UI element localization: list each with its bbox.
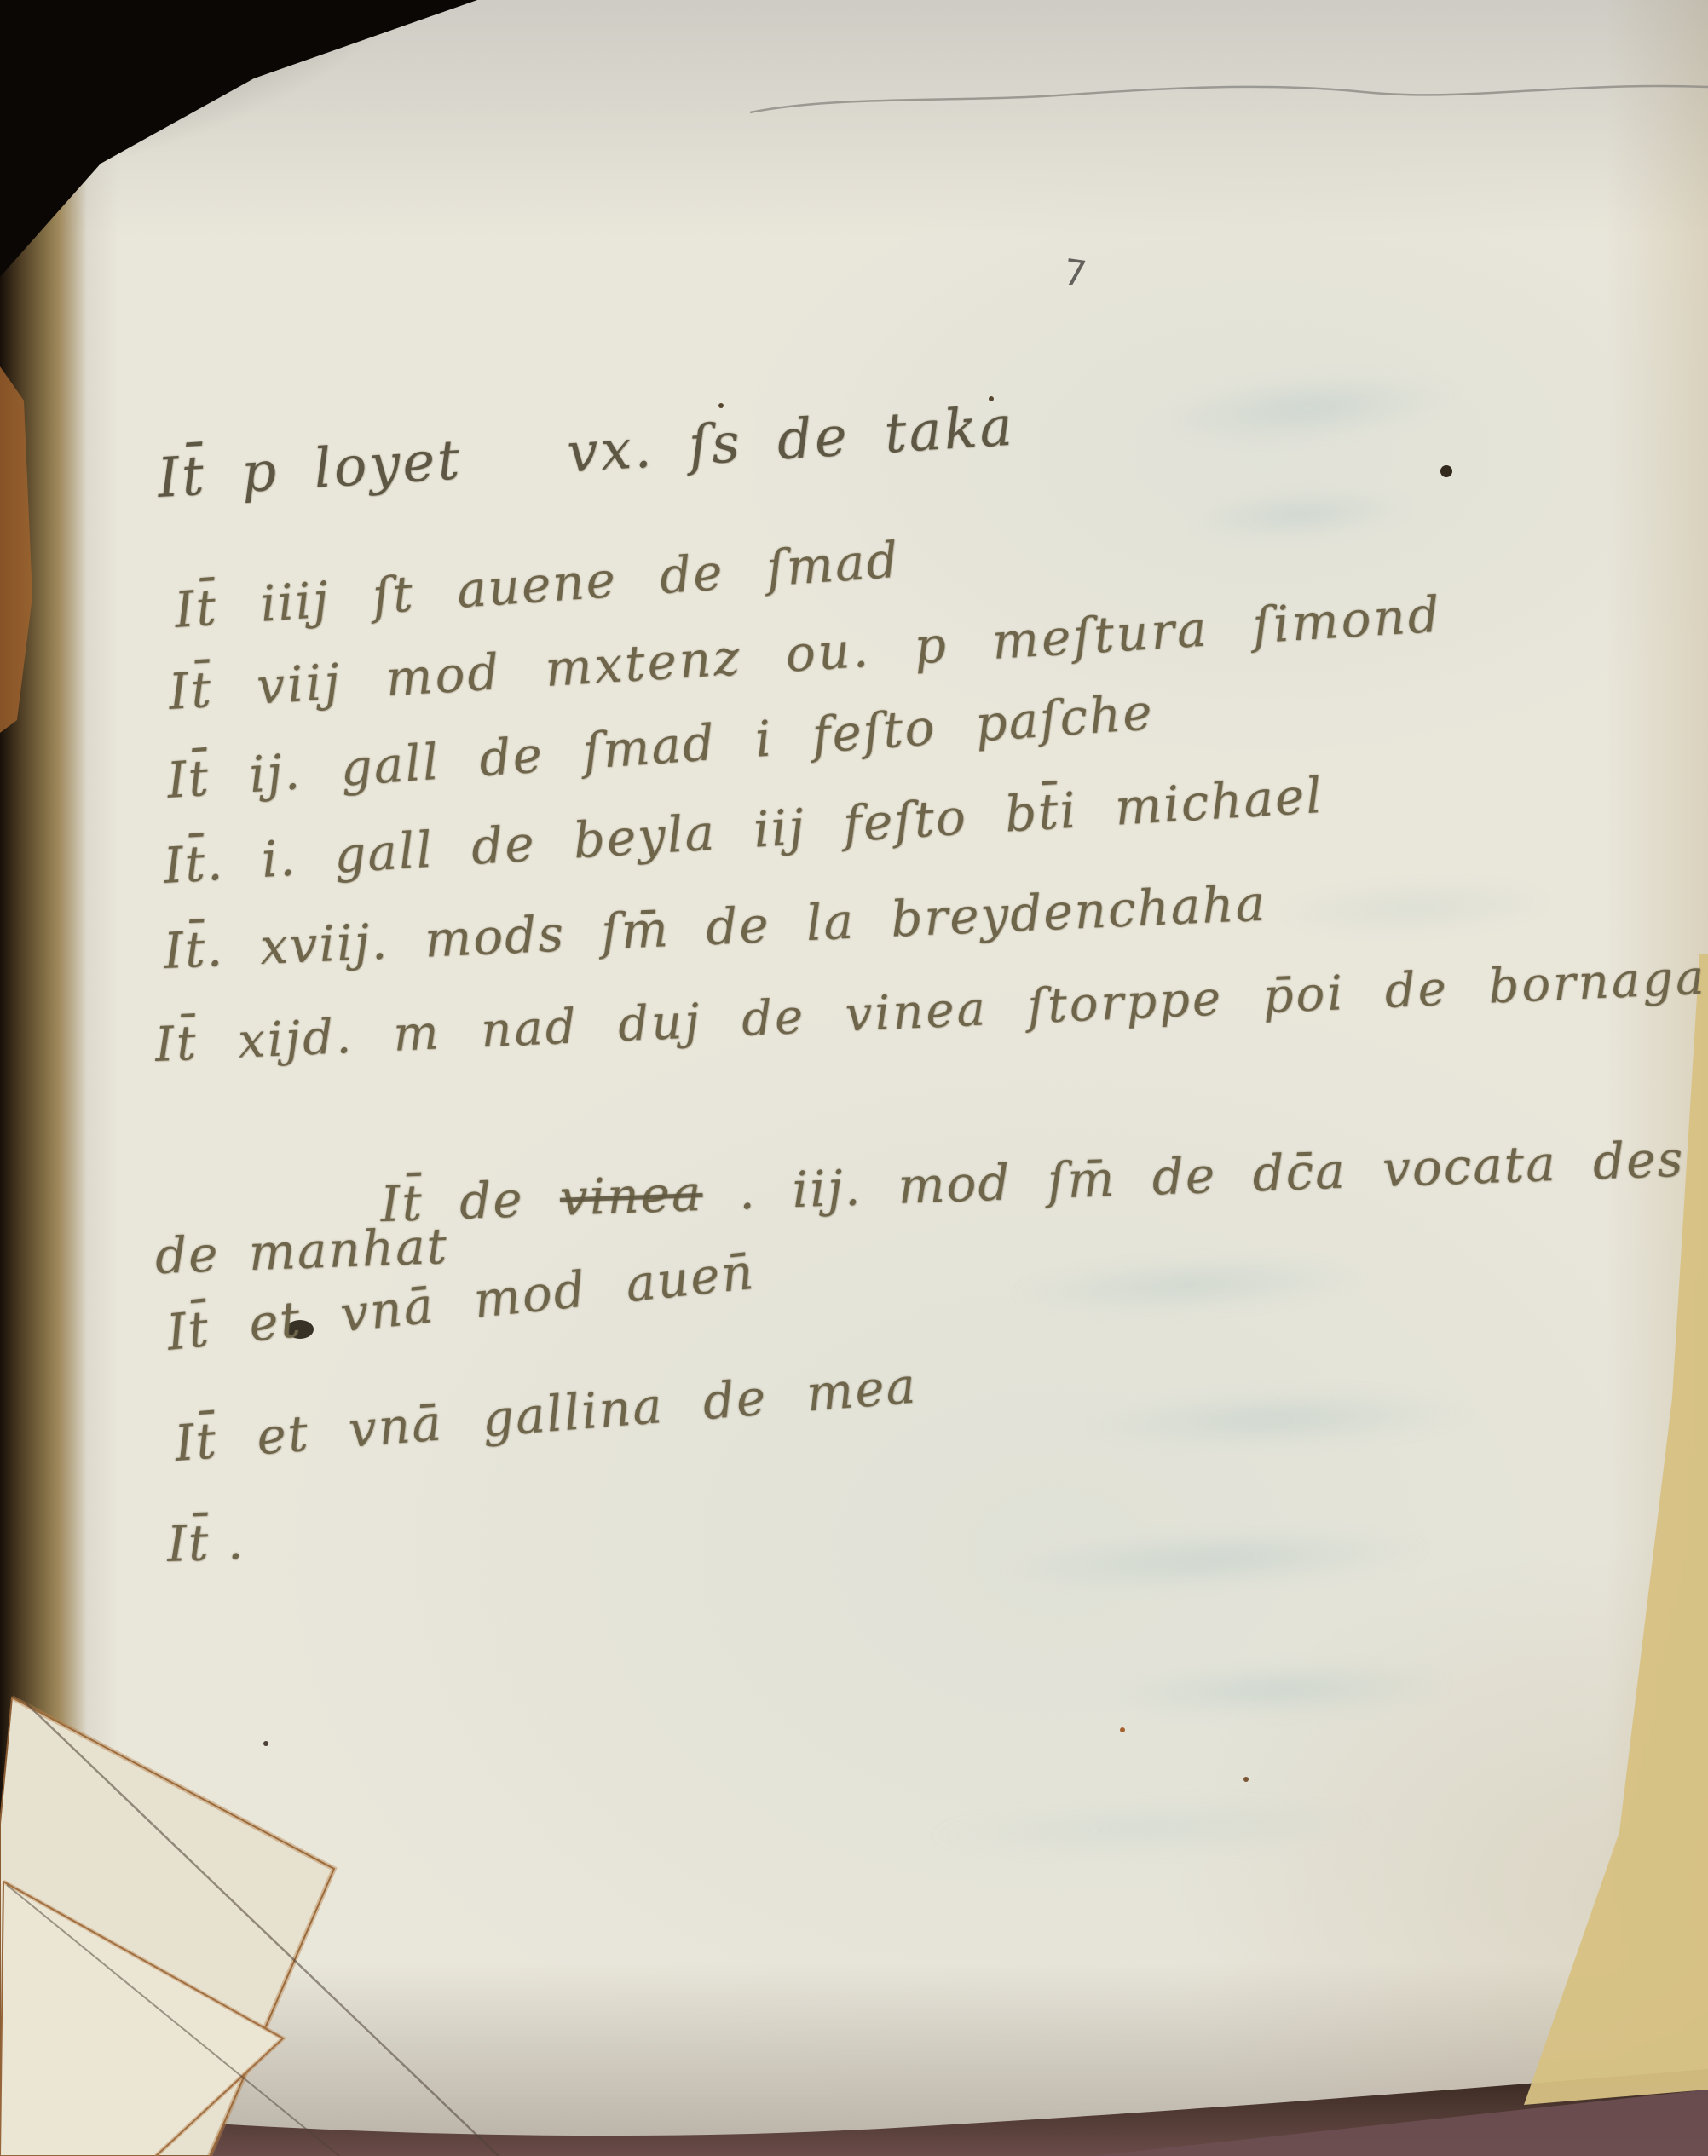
- manuscript-photo: 7 It̄ p loyet vx. ſs de taka It̄ iiij ſt…: [0, 0, 1708, 2156]
- manuscript-line: de manhat: [154, 1217, 449, 1285]
- manuscript-text: It̄ p loyet vx. ſs de taka It̄ iiij ſt a…: [0, 0, 1708, 2156]
- line-segment: . iij. mod ſm̄ de dc̄a vocata des adouz: [701, 1123, 1708, 1222]
- manuscript-line: It̄ .: [166, 1513, 245, 1573]
- manuscript-line: It̄. xviij. mods ſm̄ de la breydenchaha: [163, 874, 1268, 980]
- struck-word: vinea: [559, 1164, 704, 1227]
- manuscript-line: It̄ p loyet vx. ſs de taka: [156, 395, 1017, 510]
- manuscript-line: It̄ iiij ſt auene de ſmad: [173, 531, 902, 639]
- manuscript-line: It̄ et vnā gallina de mea: [172, 1357, 919, 1473]
